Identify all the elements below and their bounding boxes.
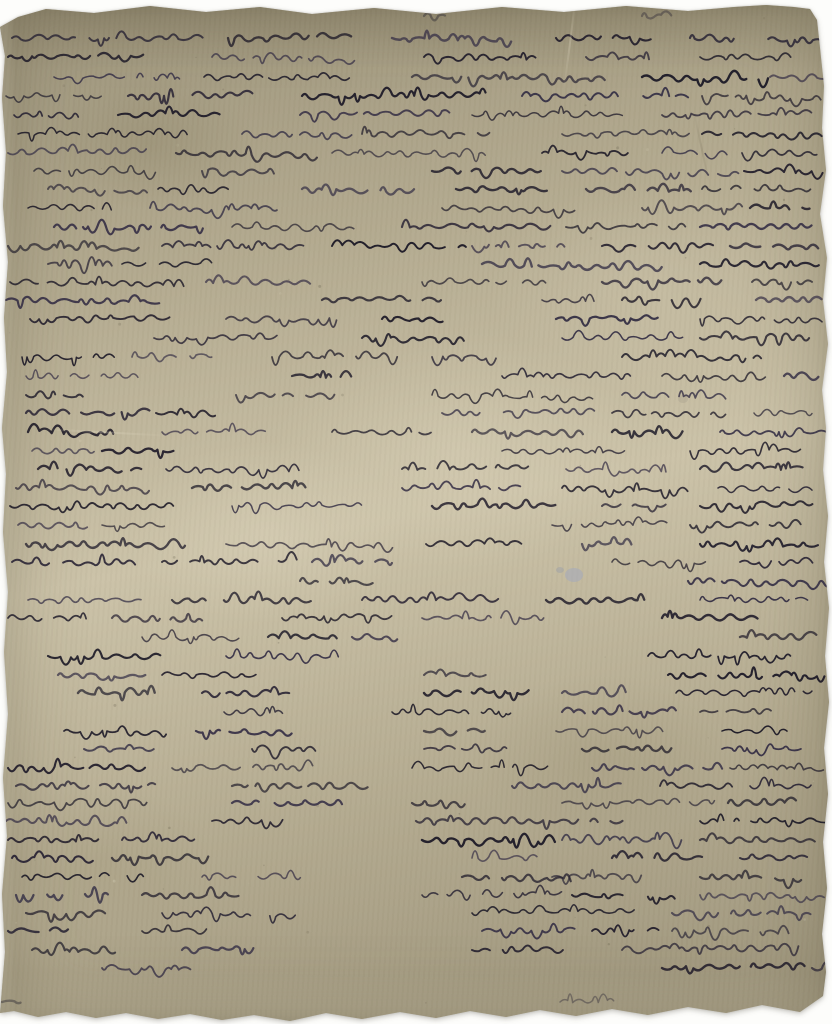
handwriting-line (16, 480, 812, 499)
handwriting-line (28, 592, 808, 604)
handwriting-stroke (700, 223, 812, 229)
handwriting-stroke (622, 390, 726, 399)
handwriting-stroke (700, 53, 791, 60)
paper-speck (363, 609, 364, 610)
handwriting-stroke (566, 462, 666, 476)
handwriting-stroke (272, 350, 397, 365)
handwriting-stroke (362, 334, 464, 346)
handwriting-stroke (556, 727, 663, 738)
paper-speck (113, 704, 116, 707)
handwriting-stroke (8, 927, 68, 932)
handwriting-stroke (676, 688, 812, 697)
paper-speck (734, 128, 735, 129)
handwriting-stroke (502, 368, 630, 379)
handwriting-stroke (556, 35, 651, 44)
paper-speck (425, 1002, 426, 1003)
paper-speck (9, 332, 10, 333)
handwriting-stroke (226, 649, 338, 663)
handwriting-line (34, 164, 823, 179)
handwriting-stroke (292, 371, 351, 378)
handwriting-stroke (32, 448, 94, 453)
handwriting-stroke (542, 146, 628, 160)
manuscript-page-wrap (0, 0, 832, 1024)
handwriting-stroke (740, 854, 807, 860)
handwriting-stroke (552, 517, 667, 531)
handwriting-stroke (158, 185, 228, 195)
paper-speck (459, 813, 461, 815)
handwriting-stroke (602, 278, 721, 290)
handwriting-stroke (472, 850, 537, 861)
handwriting-stroke (722, 726, 787, 734)
handwriting-stroke (582, 746, 671, 753)
handwriting-stroke (432, 499, 555, 510)
handwriting-stroke (612, 851, 702, 861)
handwriting-stroke (312, 555, 392, 566)
paper-speck (90, 209, 92, 211)
paper-speck (435, 546, 437, 548)
paper-speck (707, 737, 709, 739)
handwriting-line (48, 184, 810, 196)
handwriting-stroke (750, 777, 811, 788)
handwriting-stroke (300, 110, 449, 122)
handwriting-stroke (456, 186, 547, 194)
handwriting-stroke (102, 523, 164, 532)
handwriting-stroke (672, 926, 789, 940)
handwriting-stroke (784, 372, 818, 380)
handwriting-stroke (182, 946, 253, 954)
paper-speck (575, 917, 576, 918)
paper-speck (30, 87, 31, 88)
handwriting-stroke (482, 924, 575, 939)
handwriting-stroke (202, 168, 286, 177)
paper-speck (94, 902, 95, 903)
handwriting-stroke (770, 74, 828, 81)
handwriting-stroke (592, 763, 722, 775)
handwriting-stroke (26, 391, 83, 398)
handwriting-stroke (562, 833, 681, 849)
handwriting-line (224, 704, 771, 717)
handwriting-stroke (432, 355, 496, 365)
handwriting-stroke (556, 315, 658, 326)
handwriting-stroke (118, 107, 220, 118)
handwriting-line (18, 517, 801, 533)
paper-speck (162, 658, 164, 660)
handwriting-stroke (472, 905, 634, 916)
handwriting-stroke (12, 31, 203, 46)
handwriting-line (300, 578, 831, 589)
paper-speck (787, 102, 789, 104)
handwriting-stroke (58, 673, 145, 680)
paper-speck (763, 17, 765, 19)
handwriting-stroke (8, 759, 145, 773)
handwriting-stroke (282, 614, 392, 623)
handwriting-stroke (512, 778, 621, 792)
handwriting-stroke (162, 240, 303, 250)
handwriting-stroke (700, 259, 819, 268)
handwriting-stroke (412, 801, 472, 809)
handwriting-stroke (522, 88, 688, 102)
handwriting-stroke (22, 873, 143, 882)
handwriting-stroke (562, 685, 626, 696)
handwriting-stroke (204, 73, 349, 81)
handwriting-stroke (382, 317, 443, 322)
handwriting-stroke (412, 72, 605, 86)
paper-speck (341, 394, 344, 397)
handwriting-stroke (212, 817, 283, 828)
handwriting-stroke (424, 744, 513, 752)
handwriting-stroke (700, 538, 818, 551)
handwriting-stroke (64, 726, 166, 739)
handwriting-stroke (162, 423, 265, 434)
handwriting-stroke (586, 52, 649, 60)
handwriting-line (54, 71, 828, 87)
handwriting-stroke (8, 145, 146, 155)
handwriting-stroke (48, 650, 160, 665)
handwriting-stroke (472, 429, 583, 438)
handwriting-stroke (718, 486, 812, 493)
handwriting-line (78, 685, 812, 700)
handwriting-stroke (224, 707, 292, 716)
paper-speck (118, 323, 121, 326)
handwriting-stroke (196, 729, 292, 739)
handwriting-line (58, 667, 824, 681)
handwriting-stroke (18, 522, 87, 528)
handwriting-line (26, 368, 818, 382)
handwriting-stroke (352, 634, 397, 641)
handwriting-stroke (332, 428, 431, 435)
handwriting-line (48, 649, 790, 665)
handwriting-stroke (642, 11, 671, 18)
handwriting-stroke (34, 166, 155, 179)
handwriting-stroke (546, 594, 644, 603)
handwriting-stroke (332, 149, 485, 162)
paper-speck (113, 880, 116, 883)
handwriting-stroke (750, 201, 810, 209)
handwriting-stroke (228, 33, 351, 46)
paper-speck (263, 865, 265, 867)
paper-speck (79, 439, 82, 442)
handwriting-stroke (662, 108, 811, 119)
handwriting-stroke (690, 35, 824, 47)
handwriting-line (102, 962, 830, 976)
handwriting-line (16, 777, 811, 792)
paper-speck (580, 465, 581, 466)
handwriting-line (12, 850, 807, 865)
handwriting-stroke (122, 259, 212, 267)
handwriting-stroke (12, 851, 93, 862)
handwriting-stroke (562, 799, 714, 809)
handwriting-line (424, 11, 671, 20)
handwriting-stroke (622, 297, 724, 308)
handwriting-line (38, 461, 813, 478)
handwriting-stroke (392, 31, 511, 47)
handwriting-stroke (662, 611, 758, 621)
handwriting-stroke (6, 93, 101, 102)
handwriting-stroke (412, 760, 548, 776)
handwriting-stroke (422, 278, 546, 286)
handwriting-stroke (102, 448, 173, 458)
handwriting-stroke (332, 240, 466, 252)
ink-blot (565, 568, 583, 582)
handwriting-stroke (752, 279, 812, 289)
handwriting-stroke (162, 672, 256, 678)
paper-speck (306, 931, 309, 934)
handwriting-line (54, 220, 812, 235)
handwriting-line (8, 798, 807, 811)
handwriting-line (16, 885, 824, 903)
handwriting-stroke (206, 275, 310, 284)
handwriting-stroke (642, 71, 768, 87)
handwriting-stroke (10, 277, 184, 287)
handwriting-line (6, 294, 822, 308)
handwriting-stroke (172, 592, 323, 604)
handwriting-line (48, 257, 819, 273)
handwriting-stroke (6, 295, 159, 308)
handwriting-stroke (612, 559, 705, 572)
handwriting-stroke (424, 53, 536, 64)
handwriting-stroke (700, 595, 808, 602)
handwriting-stroke (602, 243, 713, 253)
handwriting-stroke (122, 832, 194, 841)
handwriting-layer (0, 0, 832, 1024)
handwriting-line (28, 423, 827, 438)
handwriting-line (22, 350, 761, 366)
handwriting-line (8, 611, 758, 625)
handwriting-line (10, 275, 812, 289)
handwriting-stroke (128, 89, 252, 104)
handwriting-stroke (150, 202, 277, 219)
ink-blot (556, 567, 564, 573)
handwriting-stroke (176, 147, 317, 162)
handwriting-stroke (730, 243, 818, 249)
paper-speck (605, 657, 606, 658)
handwriting-stroke (542, 294, 600, 302)
handwriting-stroke (416, 816, 623, 829)
handwriting-stroke (744, 164, 823, 178)
handwriting-stroke (572, 894, 675, 904)
handwriting-stroke (812, 962, 830, 970)
handwriting-stroke (132, 352, 212, 362)
handwriting-stroke (232, 783, 368, 792)
handwriting-line (30, 315, 822, 327)
handwriting-stroke (700, 833, 815, 843)
paper-speck (608, 943, 610, 945)
handwriting-stroke (8, 53, 143, 62)
handwriting-line (2, 994, 624, 1003)
paper-speck (318, 285, 321, 288)
handwriting-stroke (562, 483, 688, 498)
handwriting-stroke (442, 409, 594, 419)
handwriting-stroke (402, 220, 550, 232)
handwriting-stroke (8, 799, 161, 811)
handwriting-stroke (472, 946, 563, 954)
handwriting-line (32, 943, 798, 956)
handwriting-stroke (482, 258, 662, 271)
handwriting-line (154, 331, 809, 346)
handwriting-stroke (2, 1001, 21, 1003)
handwriting-stroke (242, 131, 352, 139)
handwriting-stroke (48, 185, 147, 196)
handwriting-line (12, 31, 824, 47)
handwriting-stroke (8, 613, 86, 621)
handwriting-stroke (54, 73, 180, 83)
paper-speck (729, 365, 731, 367)
handwriting-stroke (700, 462, 813, 472)
handwriting-stroke (424, 689, 529, 701)
handwriting-stroke (642, 200, 742, 214)
handwriting-stroke (562, 331, 683, 341)
handwriting-stroke (162, 552, 297, 564)
handwriting-stroke (560, 994, 624, 1003)
handwriting-line (8, 924, 789, 940)
handwriting-line (142, 630, 816, 644)
handwriting-stroke (232, 502, 362, 514)
handwriting-line (8, 52, 791, 64)
handwriting-stroke (362, 592, 498, 602)
handwriting-stroke (22, 354, 114, 366)
handwriting-stroke (668, 667, 824, 681)
handwriting-stroke (426, 538, 521, 546)
paper-speck (222, 88, 224, 90)
handwriting-stroke (622, 350, 761, 363)
handwriting-stroke (402, 480, 520, 491)
handwriting-line (22, 870, 801, 888)
handwriting-stroke (660, 780, 732, 789)
handwriting-stroke (84, 745, 154, 752)
paper-speck (176, 144, 179, 147)
handwriting-stroke (302, 88, 486, 105)
paper-speck (99, 189, 100, 190)
handwriting-stroke (162, 907, 295, 923)
handwriting-line (18, 127, 822, 141)
handwriting-stroke (688, 578, 831, 589)
handwriting-stroke (212, 53, 354, 64)
paper-speck (584, 104, 586, 106)
handwriting-stroke (690, 442, 800, 459)
handwriting-stroke (648, 649, 790, 665)
handwriting-stroke (700, 331, 809, 345)
handwriting-stroke (722, 744, 801, 755)
handwriting-stroke (26, 370, 138, 379)
handwriting-line (32, 442, 800, 459)
handwriting-stroke (14, 111, 78, 118)
handwriting-stroke (690, 520, 801, 533)
handwriting-stroke (232, 222, 354, 231)
handwriting-stroke (28, 597, 141, 603)
handwriting-stroke (226, 539, 401, 552)
paper-speck (486, 508, 488, 510)
handwriting-line (10, 499, 812, 514)
handwriting-line (14, 106, 811, 121)
handwriting-stroke (16, 781, 155, 792)
paper-speck (128, 228, 130, 230)
handwriting-stroke (202, 870, 300, 879)
handwriting-stroke (38, 462, 141, 476)
handwriting-stroke (472, 241, 564, 252)
handwriting-stroke (392, 704, 511, 717)
paper-speck (565, 931, 567, 933)
handwriting-line (8, 759, 823, 776)
paper-speck (614, 500, 617, 503)
handwriting-stroke (622, 944, 798, 956)
paper-speck (62, 84, 65, 87)
handwriting-stroke (662, 372, 765, 382)
handwriting-stroke (662, 147, 727, 159)
handwriting-stroke (702, 185, 810, 192)
paper-speck (742, 891, 743, 892)
paper-speck (616, 146, 619, 149)
handwriting-stroke (156, 409, 215, 418)
paper-speck (803, 918, 806, 921)
handwriting-stroke (232, 800, 342, 806)
handwriting-line (84, 744, 801, 759)
handwriting-stroke (422, 885, 562, 900)
handwriting-stroke (322, 296, 441, 302)
handwriting-stroke (562, 705, 676, 717)
handwriting-stroke (728, 798, 807, 806)
handwriting-stroke (740, 558, 813, 568)
handwriting-line (6, 814, 829, 829)
handwriting-stroke (720, 428, 827, 437)
paper-speck (173, 556, 176, 559)
handwriting-stroke (26, 910, 105, 921)
handwriting-stroke (26, 409, 149, 420)
paper-speck (466, 231, 467, 232)
paper-speck (74, 757, 76, 759)
handwriting-stroke (6, 815, 126, 826)
paper-speck (678, 833, 679, 834)
handwriting-stroke (402, 461, 528, 470)
handwriting-stroke (112, 854, 208, 865)
paper-speck (168, 827, 171, 830)
handwriting-stroke (48, 257, 112, 273)
handwriting-line (28, 200, 810, 218)
handwriting-stroke (592, 925, 659, 936)
handwriting-line (8, 145, 823, 162)
handwriting-stroke (472, 106, 622, 120)
handwriting-stroke (562, 130, 689, 138)
handwriting-stroke (602, 504, 666, 511)
handwriting-line (8, 832, 815, 848)
paper-speck (248, 883, 249, 884)
handwriting-stroke (756, 297, 822, 302)
paper-speck (590, 237, 593, 240)
handwriting-stroke (202, 687, 289, 697)
paper-speck (646, 148, 649, 151)
handwriting-stroke (672, 906, 811, 920)
handwriting-stroke (16, 887, 108, 903)
handwriting-line (26, 537, 818, 552)
handwriting-stroke (12, 554, 135, 565)
handwriting-stroke (586, 184, 691, 193)
handwriting-line (8, 240, 818, 253)
handwriting-line (26, 905, 811, 923)
handwriting-stroke (432, 389, 593, 403)
handwriting-stroke (562, 168, 738, 180)
handwriting-stroke (8, 835, 98, 842)
handwriting-stroke (54, 220, 203, 235)
handwriting-stroke (142, 630, 239, 644)
handwriting-stroke (226, 316, 337, 327)
handwriting-stroke (236, 393, 334, 403)
handwriting-stroke (700, 709, 771, 714)
handwriting-stroke (700, 893, 824, 902)
handwriting-stroke (142, 887, 239, 898)
handwriting-stroke (28, 203, 111, 211)
paper-speck (813, 780, 815, 782)
handwriting-stroke (700, 814, 829, 826)
handwriting-stroke (754, 410, 812, 416)
